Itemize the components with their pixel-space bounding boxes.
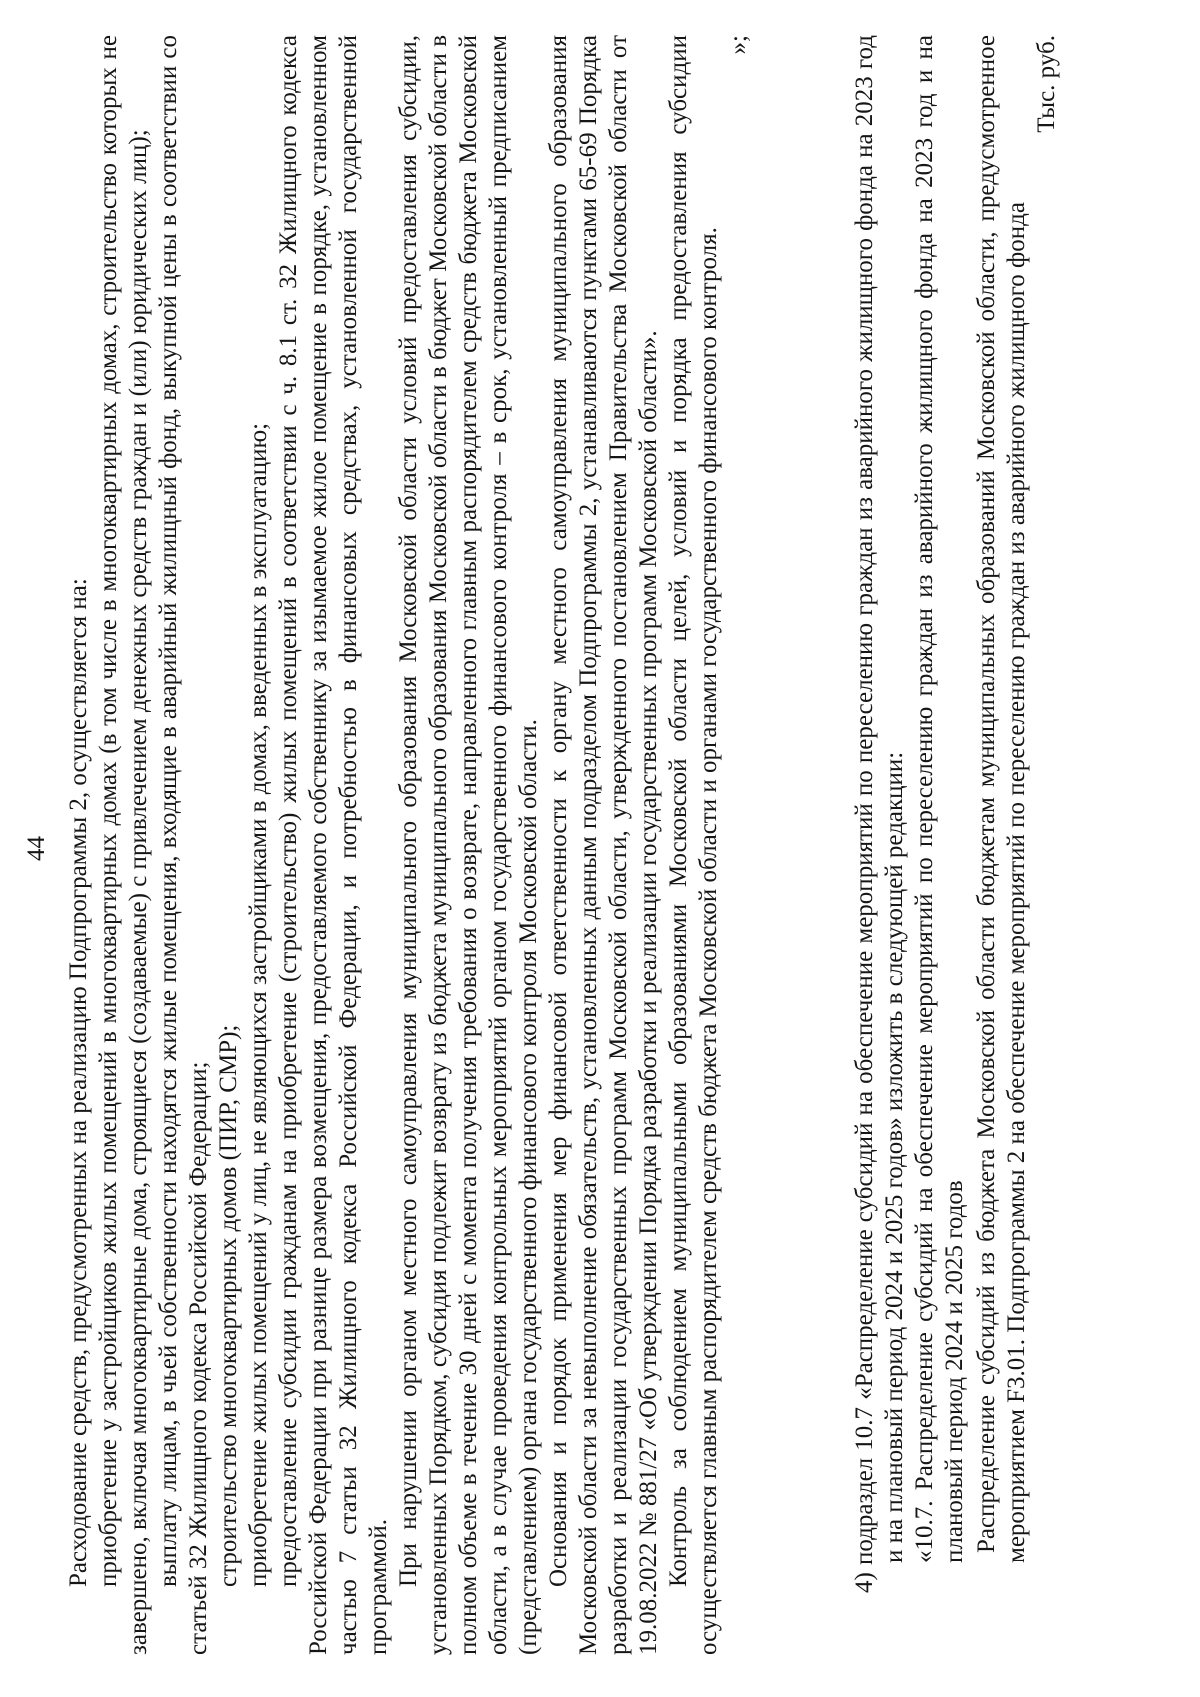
paragraph-distribution-f301: Распределение субсидий из бюджета Москов… <box>972 35 1032 1563</box>
item-4-marker: 4) <box>851 1572 878 1593</box>
paragraph-financial-responsibility: Основания и порядок применения мер финан… <box>544 35 664 1655</box>
page-number: 44 <box>22 0 52 1697</box>
paragraph-control: Контроль за соблюдением муниципальными о… <box>664 35 724 1655</box>
page-content: Расходование средств, предусмотренных на… <box>52 0 1062 1697</box>
paragraph-spending-item-acquisition-nondevelopers: приобретение жилых помещений у лиц, не я… <box>244 35 274 1655</box>
rotated-page-body: 44 Расходование средств, предусмотренных… <box>0 0 1200 1697</box>
subsection-10-7-heading: «10.7. Распределение субсидий на обеспеч… <box>910 35 970 1563</box>
numbered-item-4-block: 4) подраздел 10.7 «Распределение субсиди… <box>850 35 1032 1655</box>
paragraph-spending-intro: Расходование средств, предусмотренных на… <box>64 35 94 1655</box>
numbered-item-4: 4) подраздел 10.7 «Распределение субсиди… <box>850 35 910 1563</box>
paragraph-spending-item-owner-payment: выплату лицам, в чьей собственности нахо… <box>154 35 214 1655</box>
item-4-text: подраздел 10.7 «Распределение субсидий н… <box>851 35 908 1565</box>
paragraph-violation-return: При нарушении органом местного самоуправ… <box>394 35 544 1655</box>
units-label: Тыс. руб. <box>1032 35 1062 1655</box>
paragraph-spending-item-citizen-subsidy: предоставление субсидии гражданам на при… <box>274 35 394 1655</box>
document-page: 44 Расходование средств, предусмотренных… <box>0 0 1200 1697</box>
paragraph-spending-item-acquisition-developers: приобретение у застройщиков жилых помеще… <box>94 35 154 1655</box>
paragraph-spending-item-construction: строительство многоквартирных домов (ПИР… <box>214 35 244 1655</box>
closing-quote-line: »; <box>724 35 754 1655</box>
